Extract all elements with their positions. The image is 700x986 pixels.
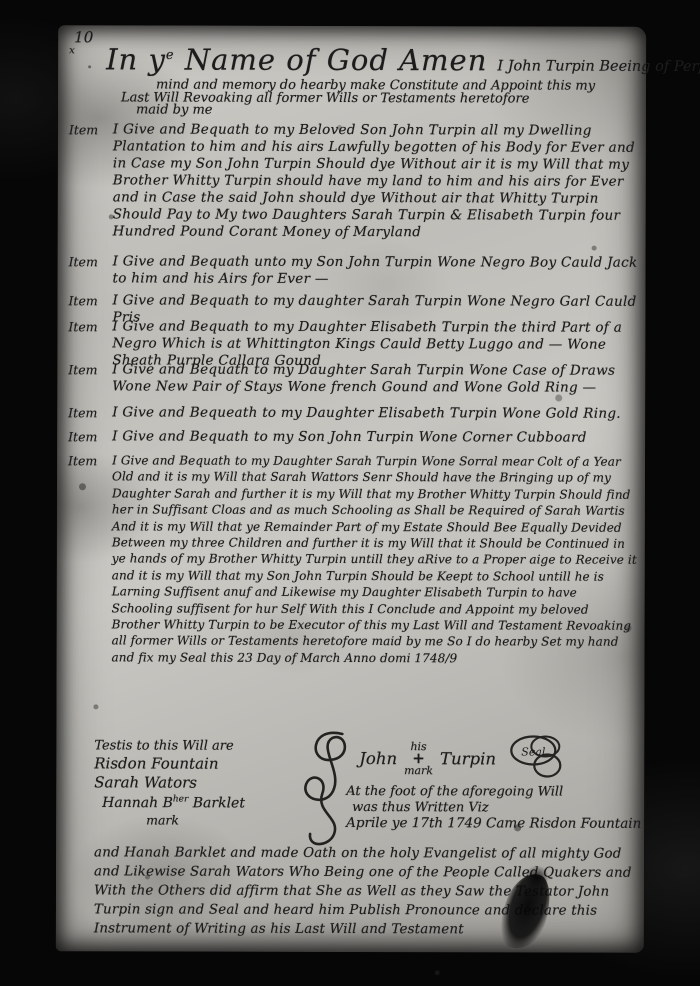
item-row-2: Item I Give and Bequath unto my Son John… — [69, 253, 641, 288]
witness-name-2: Sarah Wators — [94, 773, 245, 792]
heading-opening-line: In ye Name of God Amen I John Turpin Bee… — [106, 42, 642, 77]
witness-name-3-post: Barklet — [193, 795, 245, 811]
will-heading: In ye Name of God Amen I John Turpin Bee… — [106, 42, 642, 118]
witness-her-mark-label: her — [173, 795, 188, 805]
signature-first-name: John — [359, 749, 397, 768]
page-number-value: 10 — [74, 28, 93, 46]
heading-opening-rest: Name of God Amen — [175, 43, 488, 78]
item-text: I Give and Bequath to my Beloved Son Joh… — [113, 121, 641, 241]
witness-block: Testis to this Will are Risdon Fountain … — [94, 737, 245, 827]
item-row-8: Item I Give and Bequath to my Daughter S… — [68, 452, 641, 667]
item-row-7: Item I Give and Bequath to my Son John T… — [68, 428, 640, 446]
witness-name-3: Hannah Bher Barklet — [102, 791, 245, 812]
item-label: Item — [69, 253, 113, 287]
probate-line-2: was thus Written Viz — [352, 800, 641, 816]
heading-opening-text: In y — [106, 42, 166, 76]
probate-body: and Hanah Barklet and made Oath on the h… — [94, 843, 639, 939]
item-row-5: Item I Give and Bequath to my Daughter S… — [68, 361, 640, 396]
heading-line-4: maid by me — [136, 104, 642, 118]
item-label: Item — [68, 428, 112, 445]
item-label: Item — [68, 452, 113, 665]
signature-last-name: Turpin — [440, 749, 496, 768]
item-row-1: Item I Give and Bequath to my Beloved So… — [69, 121, 641, 241]
seal-text: Seal — [521, 745, 546, 758]
item-text: I Give and Bequath to my Daughter Sarah … — [112, 452, 641, 667]
probate-line-1: At the foot of the aforegoing Will — [346, 784, 641, 800]
signature-block: John his + mark Turpin Seal — [359, 732, 565, 785]
ink-blot-small — [526, 864, 548, 890]
probate-note: At the foot of the aforegoing Will was t… — [346, 784, 641, 832]
item-text: I Give and Bequath to my Daughter Sarah … — [112, 361, 640, 396]
page-number: 10 x — [74, 31, 93, 57]
item-text: I Give and Bequeath to my Daughter Elisa… — [112, 404, 640, 422]
signature-mark-stack: his + mark — [404, 741, 433, 776]
signature-mark-label: mark — [404, 765, 433, 776]
witness-mark-label: mark — [146, 812, 245, 827]
item-text: I Give and Bequath unto my Son John Turp… — [113, 253, 641, 288]
probate-line-3: Aprile ye 17th 1749 Came Risdon Fountain — [346, 816, 641, 832]
stain-speckles — [88, 65, 91, 68]
scan-background: 10 x In ye Name of God Amen I John Turpi… — [0, 0, 700, 986]
heading-opening-continuation: I John Turpin Beeing of Perfit — [497, 58, 700, 75]
heading-opening-large: In ye Name of God Amen — [106, 42, 487, 77]
item-text: I Give and Bequath to my Son John Turpin… — [112, 428, 640, 446]
witness-intro: Testis to this Will are — [94, 737, 245, 754]
witness-name-3-pre: Hannah B — [102, 795, 173, 811]
seal-circles-icon: Seal — [507, 732, 565, 780]
item-label: Item — [69, 121, 113, 240]
parchment-page: 10 x In ye Name of God Amen I John Turpi… — [56, 25, 646, 953]
item-label: Item — [68, 404, 112, 421]
item-label: Item — [68, 361, 112, 395]
item-row-6: Item I Give and Bequeath to my Daughter … — [68, 404, 640, 422]
witness-name-1: Risdon Fountain — [94, 754, 245, 773]
signature-cross-mark: + — [412, 752, 425, 765]
seal-scribble: Seal — [507, 732, 565, 784]
